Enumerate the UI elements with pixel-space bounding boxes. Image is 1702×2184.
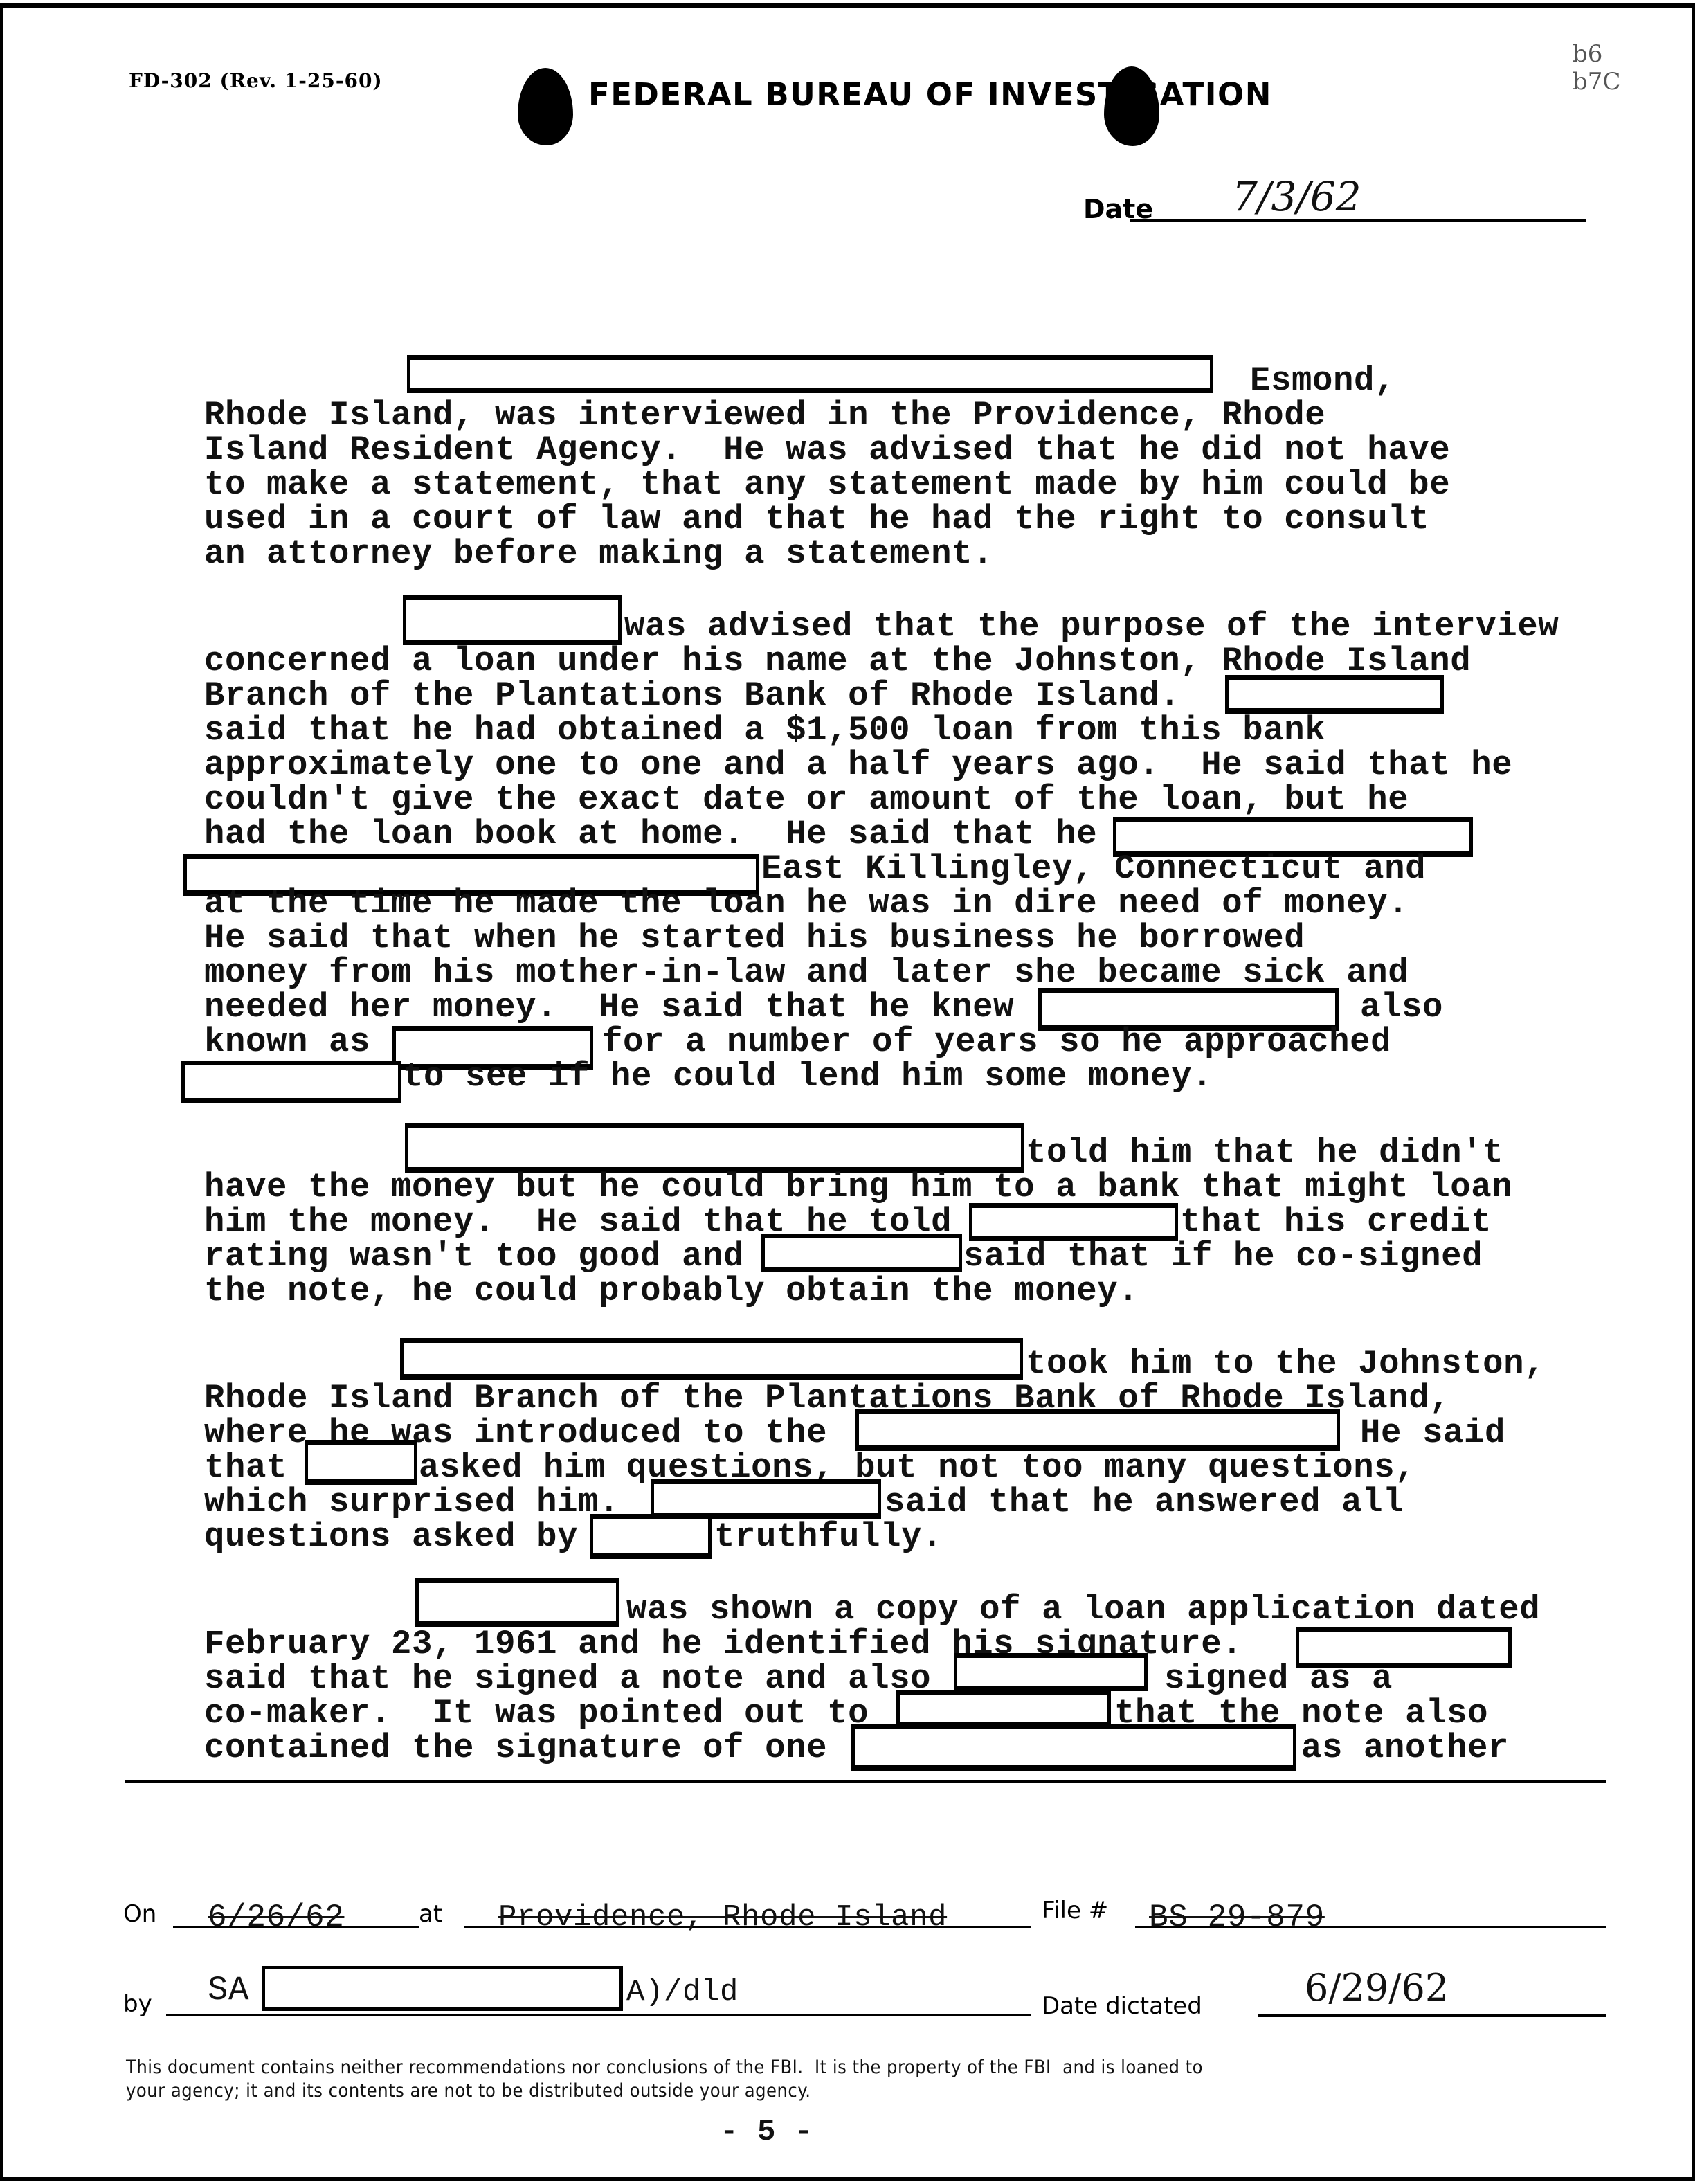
agent-suffix: A)/dld <box>626 1975 739 2010</box>
body-text: needed her money. He said that he knew <box>204 990 1014 1025</box>
agent-prefix: SA <box>208 1973 249 2007</box>
interview-location: Providence, Rhode Island <box>498 1900 947 1935</box>
body-text: the note, he could probably obtain the m… <box>204 1274 1139 1308</box>
body-text: Esmond, <box>1250 363 1395 398</box>
redaction-box <box>1225 675 1444 714</box>
redaction-box <box>262 1966 623 2011</box>
body-text: that his credit <box>1180 1204 1492 1239</box>
redaction-box <box>761 1234 962 1272</box>
body-text: said that he answered all <box>885 1485 1404 1519</box>
body-text: used in a court of law and that he had t… <box>204 502 1429 536</box>
file-number: BS 29-879 <box>1149 1900 1325 1935</box>
file-label: File # <box>1042 1897 1108 1924</box>
body-text: told him that he didn't <box>1026 1135 1503 1170</box>
body-text: East Killingley, Connecticut and <box>761 851 1426 886</box>
body-text: approximately one to one and a half year… <box>204 748 1512 782</box>
body-text: was shown a copy of a loan application d… <box>626 1592 1540 1627</box>
redaction-box <box>415 1578 619 1627</box>
body-text: said that he had obtained a $1,500 loan … <box>204 713 1325 748</box>
body-text: that <box>204 1450 287 1485</box>
body-text: money from his mother-in-law and later s… <box>204 955 1409 990</box>
disclaimer-line-2: your agency; it and its contents are not… <box>126 2079 811 2103</box>
body-text: which surprised him. <box>204 1485 619 1519</box>
date-dictated-label: Date dictated <box>1042 1992 1202 2020</box>
body-text: signed as a <box>1164 1661 1393 1696</box>
body-text: Island Resident Agency. He was advised t… <box>204 433 1450 467</box>
body-text: He said that when he started his busines… <box>204 921 1305 955</box>
body-text: at the time he made the loan he was in d… <box>204 886 1409 921</box>
body-text: was advised that the purpose of the inte… <box>624 609 1559 644</box>
redaction-box <box>305 1440 417 1485</box>
body-text: Rhode Island, was interviewed in the Pro… <box>204 398 1325 433</box>
redaction-box <box>851 1724 1296 1771</box>
section-divider <box>125 1780 1606 1783</box>
redaction-box <box>896 1690 1111 1728</box>
redaction-box <box>969 1203 1178 1241</box>
redaction-box <box>405 1123 1024 1173</box>
form-number: FD-302 (Rev. 1-25-60) <box>129 69 383 92</box>
body-text: for a number of years so he approached <box>602 1025 1391 1059</box>
body-text: co-maker. It was pointed out to <box>204 1696 869 1731</box>
interview-date: 6/26/62 <box>208 1900 344 1935</box>
body-text: said that if he co-signed <box>963 1239 1483 1274</box>
body-text: as another <box>1301 1731 1509 1765</box>
body-text: an attorney before making a statement. <box>204 536 993 571</box>
body-text: took him to the Johnston, <box>1026 1346 1545 1381</box>
disclaimer-line-1: This document contains neither recommend… <box>126 2056 1203 2079</box>
report-date: 7/3/62 <box>1232 173 1361 220</box>
body-text: questions asked by <box>204 1519 578 1554</box>
body-text: Branch of the Plantations Bank of Rhode … <box>204 678 1180 713</box>
body-text: contained the signature of one <box>204 1731 827 1765</box>
body-text: couldn't give the exact date or amount o… <box>204 782 1409 817</box>
body-text: rating wasn't too good and <box>204 1239 744 1274</box>
body-text: known as <box>204 1025 370 1059</box>
redaction-box <box>407 355 1213 393</box>
body-text: have the money but he could bring him to… <box>204 1170 1512 1204</box>
redaction-box <box>400 1338 1023 1380</box>
exemption-code-b7c: b7C <box>1573 68 1620 96</box>
by-underline <box>166 2014 1031 2016</box>
date-dictated-underline <box>1258 2014 1606 2017</box>
date-dictated-value: 6/29/62 <box>1305 1966 1449 2010</box>
agency-title: FEDERAL BUREAU OF INVESTIGATION <box>588 76 1272 113</box>
redaction-box <box>590 1514 712 1559</box>
body-text: asked him questions, but not too many qu… <box>419 1450 1415 1485</box>
body-text: said that he signed a note and also <box>204 1661 931 1696</box>
on-label: On <box>123 1900 156 1928</box>
body-text: He said <box>1360 1416 1505 1450</box>
body-text: to see if he could lend him some money. <box>403 1059 1213 1094</box>
body-text: had the loan book at home. He said that … <box>204 817 1097 851</box>
body-text: concerned a loan under his name at the J… <box>204 644 1471 678</box>
redaction-box <box>403 595 622 645</box>
by-label: by <box>123 1990 152 2018</box>
body-text: also <box>1360 990 1443 1025</box>
body-text: truthfully. <box>714 1519 943 1554</box>
body-text: to make a statement, that any statement … <box>204 467 1450 502</box>
at-label: at <box>419 1900 442 1928</box>
redaction-box <box>181 1061 401 1103</box>
exemption-code-b6: b6 <box>1573 40 1602 68</box>
body-text: where he was introduced to the <box>204 1416 827 1450</box>
redaction-box <box>954 1653 1148 1691</box>
page-number: - 5 - <box>720 2115 813 2149</box>
redaction-box <box>855 1409 1340 1451</box>
redaction-box <box>651 1479 881 1519</box>
